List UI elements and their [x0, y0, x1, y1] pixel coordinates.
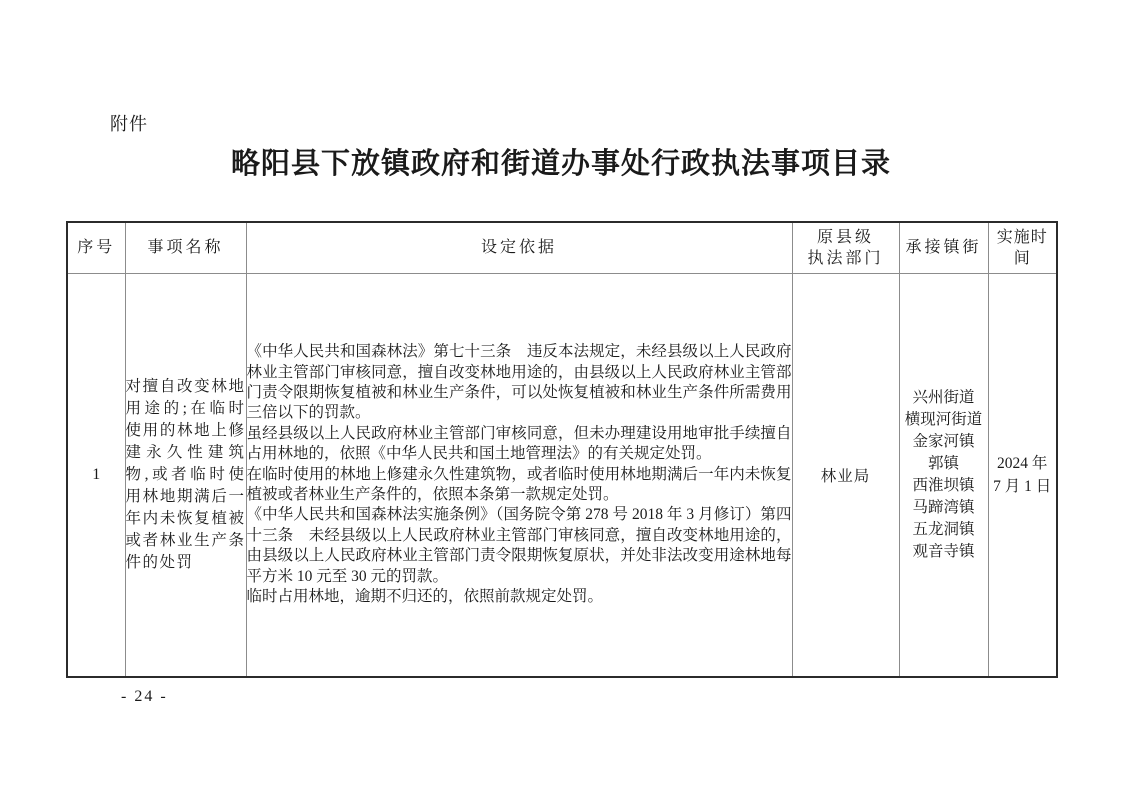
cell-seq-number: 1 [67, 273, 125, 677]
cell-original-department: 林业局 [792, 273, 899, 677]
cell-legal-basis: 《中华人民共和国森林法》第七十三条 违反本法规定，未经县级以上人民政府林业主管部… [246, 273, 792, 677]
cell-receiving-towns: 兴州街道 横现河街道 金家河镇 郭镇 西淮坝镇 马蹄湾镇 五龙洞镇 观音寺镇 [899, 273, 988, 677]
column-header-receiving-towns: 承接镇街 [899, 222, 988, 273]
page-number: - 24 - [121, 688, 168, 706]
column-header-original-department: 原县级 执法部门 [792, 222, 899, 273]
table-header-row: 序号 事项名称 设定依据 原县级 执法部门 承接镇街 实施时间 [67, 222, 1057, 273]
column-header-legal-basis: 设定依据 [246, 222, 792, 273]
attachment-label: 附件 [110, 110, 148, 136]
cell-item-name: 对擅自改变林地用途的;在临时使用的林地上修建永久性建筑物,或者临时使用林地期满后… [125, 273, 246, 677]
table-row: 1 对擅自改变林地用途的;在临时使用的林地上修建永久性建筑物,或者临时使用林地期… [67, 273, 1057, 677]
column-header-item-name: 事项名称 [125, 222, 246, 273]
column-header-implementation-date: 实施时间 [988, 222, 1057, 273]
cell-implementation-date: 2024 年 7 月 1 日 [988, 273, 1057, 677]
document-page: 附件 略阳县下放镇政府和街道办事处行政执法事项目录 序号 事项名称 设定依据 原… [0, 0, 1122, 793]
enforcement-items-table: 序号 事项名称 设定依据 原县级 执法部门 承接镇街 实施时间 1 对擅自改变林… [66, 221, 1058, 678]
column-header-seq: 序号 [67, 222, 125, 273]
page-title: 略阳县下放镇政府和街道办事处行政执法事项目录 [0, 141, 1122, 182]
